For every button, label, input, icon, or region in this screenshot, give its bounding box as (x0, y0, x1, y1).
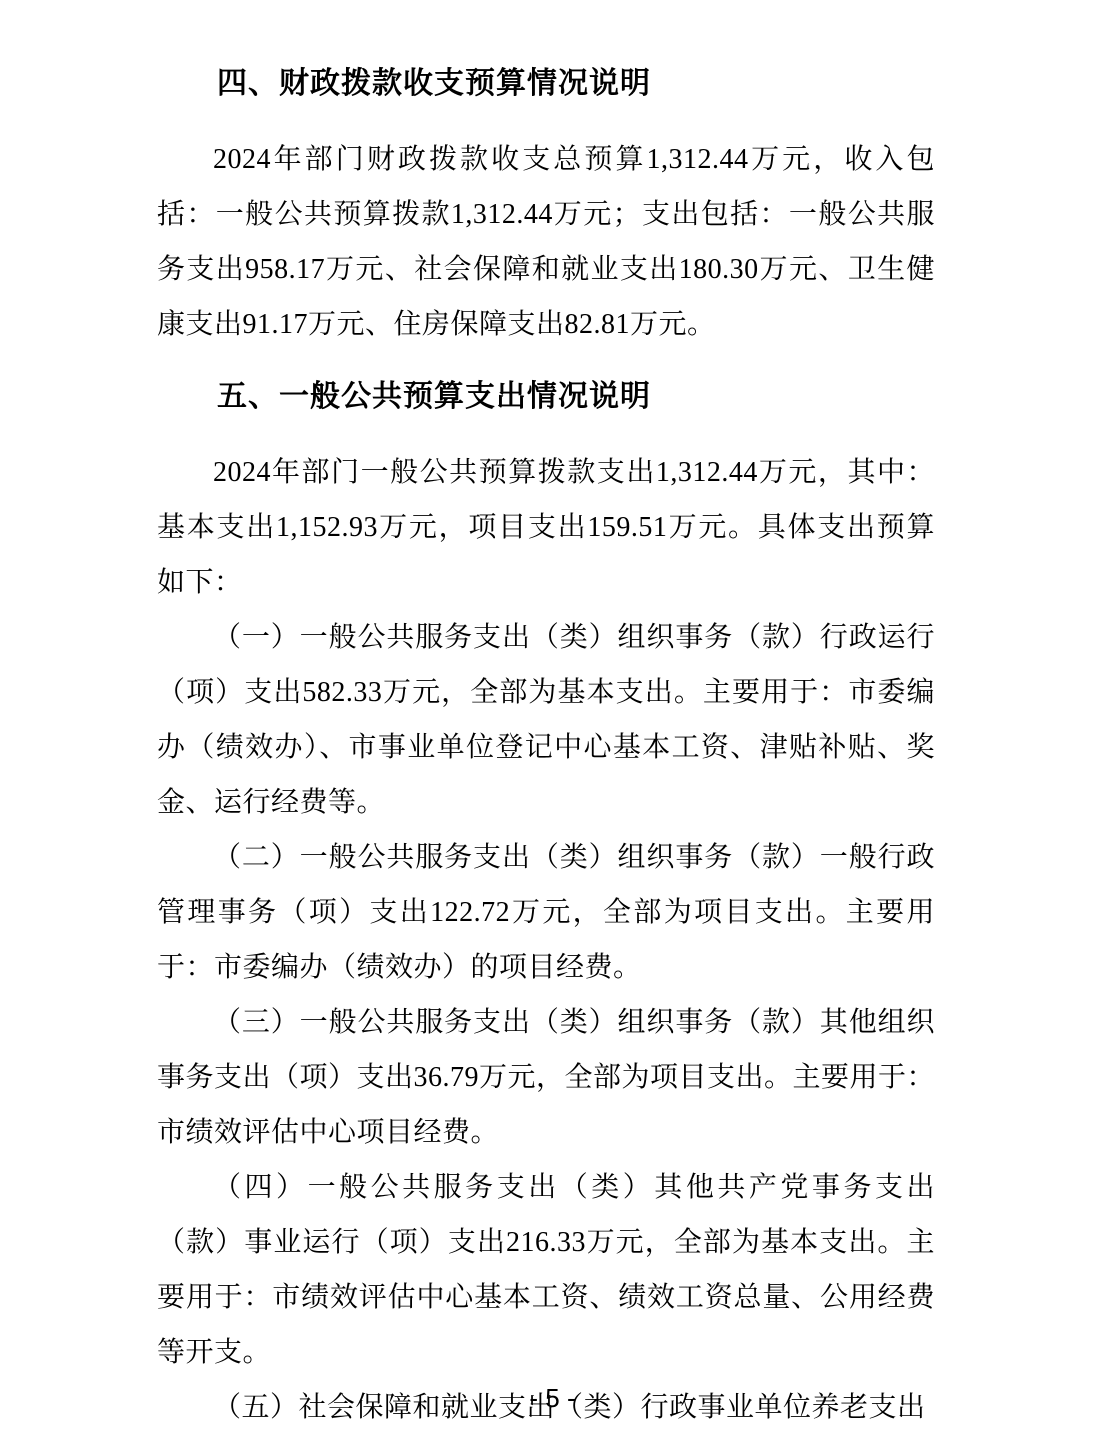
paragraph-general-budget-summary: 2024年部门一般公共预算拨款支出1,312.44万元，其中：基本支出1,152… (157, 445, 935, 610)
paragraph-item-2-general-administrative-affairs: （二）一般公共服务支出（类）组织事务（款）一般行政管理事务（项）支出122.72… (157, 830, 935, 995)
document-body: 四、财政拨款收支预算情况说明 2024年部门财政拨款收支总预算1,312.44万… (157, 56, 935, 1430)
paragraph-item-1-administrative-operation: （一）一般公共服务支出（类）组织事务（款）行政运行（项）支出582.33万元，全… (157, 610, 935, 830)
section-heading-general-public-budget-expenditure: 五、一般公共预算支出情况说明 (157, 369, 935, 424)
page-number: - 5 - (529, 1371, 575, 1426)
paragraph-item-4-institution-operation: （四）一般公共服务支出（类）其他共产党事务支出（款）事业运行（项）支出216.3… (157, 1160, 935, 1380)
section-heading-fiscal-appropriation-budget: 四、财政拨款收支预算情况说明 (157, 56, 935, 111)
paragraph-fiscal-appropriation-summary: 2024年部门财政拨款收支总预算1,312.44万元，收入包括：一般公共预算拨款… (157, 132, 935, 352)
paragraph-item-3-other-organizational-affairs: （三）一般公共服务支出（类）组织事务（款）其他组织事务支出（项）支出36.79万… (157, 995, 935, 1160)
budget-document-page: 四、财政拨款收支预算情况说明 2024年部门财政拨款收支总预算1,312.44万… (0, 0, 1105, 1430)
